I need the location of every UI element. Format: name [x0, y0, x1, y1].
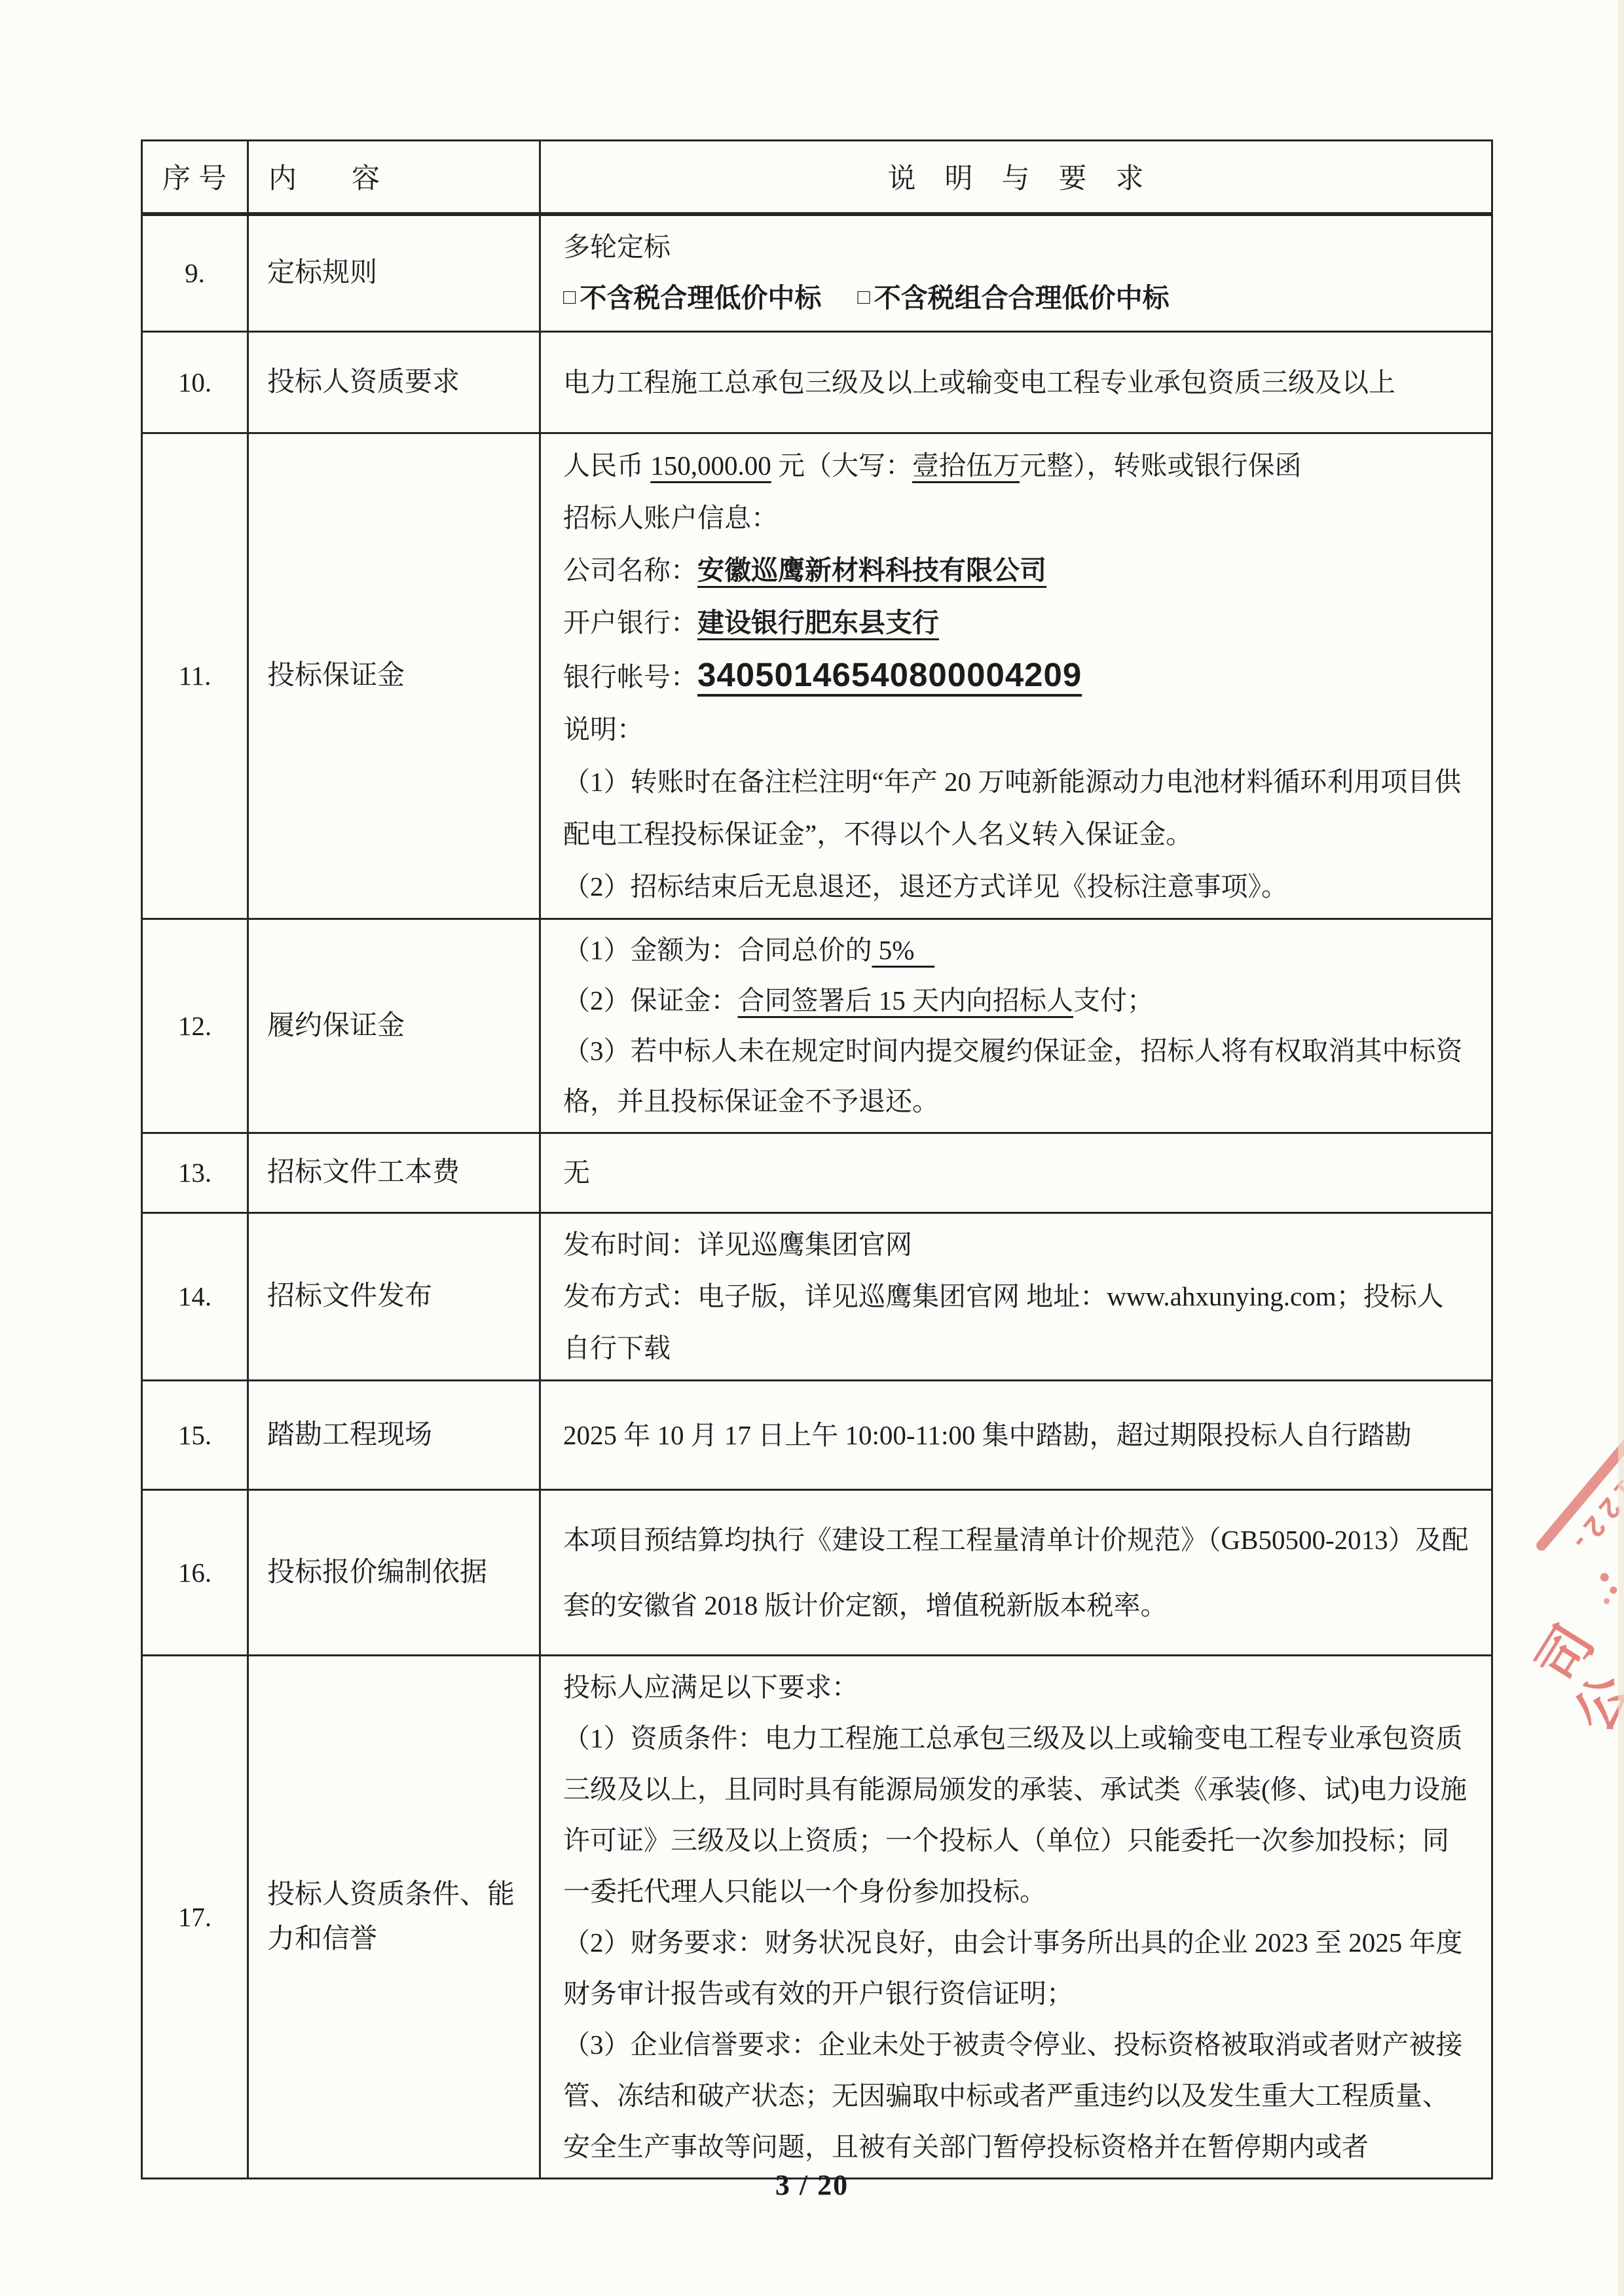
text-segment: 合同签署后 15 天内向	[738, 985, 993, 1015]
content-label-cell: 投标人资质要求	[248, 331, 540, 433]
table-row: 15.踏勘工程现场2025 年 10 月 17 日上午 10:00-11:00 …	[142, 1380, 1492, 1489]
text-segment: 无	[563, 1157, 590, 1188]
red-ink-speckle	[1598, 1570, 1620, 1607]
scan-paper-edge	[1618, 0, 1624, 2296]
table-row: 11.投标保证金人民币 150,000.00 元（大写：壹拾伍万元整），转账或银…	[142, 433, 1492, 919]
table-row: 10.投标人资质要求电力工程施工总承包三级及以上或输变电工程专业承包资质三级及以…	[142, 331, 1492, 433]
text-segment: 招标人账户信息：	[563, 503, 778, 533]
red-seal-character: 公	[1564, 1647, 1624, 1741]
text-line: 人民币 150,000.00 元（大写：壹拾伍万元整），转账或银行保函	[563, 439, 1469, 492]
header-content: 内容	[248, 141, 540, 214]
content-label-cell: 投标人资质条件、能力和信誉	[248, 1655, 540, 2178]
row-number-cell: 16.	[142, 1489, 248, 1655]
checkbox-icon: □	[563, 285, 576, 308]
content-label-cell: 招标文件发布	[248, 1212, 540, 1380]
row-number-cell: 11.	[142, 433, 248, 919]
description-cell: 发布时间：详见巡鹰集团官网发布方式：电子版，详见巡鹰集团官网 地址：www.ah…	[540, 1212, 1492, 1380]
content-label-cell: 投标保证金	[248, 433, 540, 919]
text-line: （3）若中标人未在规定时间内提交履约保证金，招标人将有权取消其中标资格，并且投标…	[563, 1026, 1469, 1127]
page-number: 3 / 20	[0, 2168, 1624, 2202]
text-segment: 公司名称：	[563, 555, 697, 585]
content-label-cell: 招标文件工本费	[248, 1133, 540, 1212]
description-cell: 无	[540, 1133, 1492, 1212]
text-line: （2）招标结束后无息退还，退还方式详见《投标注意事项》。	[563, 860, 1469, 913]
text-line: 发布时间：详见巡鹰集团官网	[563, 1219, 1469, 1271]
text-segment: （3）企业信誉要求：企业未处于被责令停业、投标资格被取消或者财产被接管、冻结和破…	[563, 2030, 1463, 2162]
text-segment: 元整），转账或银行保函	[1020, 450, 1302, 481]
text-line: 无	[563, 1146, 1469, 1199]
red-stamp-digits: 0122-	[1547, 1439, 1624, 1578]
text-segment: 支付；	[1073, 985, 1154, 1015]
text-line: 本项目预结算均执行《建设工程工程量清单计价规范》（GB50500-2013）及配…	[563, 1507, 1469, 1638]
content-label-cell: 投标报价编制依据	[248, 1489, 540, 1655]
text-line: （1）金额为：合同总价的 5%	[563, 925, 1469, 975]
table-row: 17.投标人资质条件、能力和信誉投标人应满足以下要求：（1）资质条件：电力工程施…	[142, 1655, 1492, 2178]
description-cell: 投标人应满足以下要求：（1）资质条件：电力工程施工总承包三级及以上或输变电工程专…	[540, 1655, 1492, 2178]
scanned-document-page: { "page": { "footer": "3 / 20", "backgro…	[0, 0, 1624, 2296]
text-line: （1）资质条件：电力工程施工总承包三级及以上或输变电工程专业承包资质三级及以上，…	[563, 1713, 1469, 1917]
table-row: 12.履约保证金（1）金额为：合同总价的 5% （2）保证金：合同签署后 15 …	[142, 919, 1492, 1133]
text-segment: （2）财务要求：财务状况良好，由会计事务所出具的企业 2023 至 2025 年…	[563, 1927, 1463, 2009]
text-segment: （1）转账时在备注栏注明“年产 20 万吨新能源动力电池材料循环利用项目供配电工…	[563, 767, 1461, 849]
description-cell: （1）金额为：合同总价的 5% （2）保证金：合同签署后 15 天内向招标人支付…	[540, 919, 1492, 1133]
table-row: 13.招标文件工本费无	[142, 1133, 1492, 1212]
text-segment: 发布时间：详见巡鹰集团官网	[563, 1230, 912, 1260]
text-line: 银行帐号：34050146540800004209	[563, 649, 1469, 703]
text-line: 招标人账户信息：	[563, 492, 1469, 544]
description-cell: 电力工程施工总承包三级及以上或输变电工程专业承包资质三级及以上	[540, 331, 1492, 433]
content-label-cell: 踏勘工程现场	[248, 1380, 540, 1489]
text-segment: 说明：	[563, 714, 644, 744]
red-seal-character: 司	[1526, 1616, 1606, 1693]
row-number-cell: 10.	[142, 331, 248, 433]
content-label-cell: 定标规则	[248, 214, 540, 332]
content-label-cell: 履约保证金	[248, 919, 540, 1133]
text-segment: （3）若中标人未在规定时间内提交履约保证金，招标人将有权取消其中标资格，并且投标…	[563, 1036, 1463, 1116]
text-segment: 多轮定标	[563, 232, 671, 262]
text-segment: 招标人	[993, 985, 1073, 1015]
text-segment: （1）资质条件：电力工程施工总承包三级及以上或输变电工程专业承包资质三级及以上，…	[563, 1723, 1467, 1906]
text-segment: 元（大写：	[771, 450, 912, 481]
red-seal-fragment: 司 公	[1528, 1616, 1624, 1723]
text-line: 多轮定标	[563, 221, 1469, 272]
text-line: 电力工程施工总承包三级及以上或输变电工程专业承包资质三级及以上	[563, 356, 1469, 409]
row-number-cell: 12.	[142, 919, 248, 1133]
table-row: 9.定标规则多轮定标□不含税合理低价中标□不含税组合合理低价中标	[142, 214, 1492, 332]
text-segment: 建设银行肥东县支行	[697, 608, 939, 638]
text-segment: 安徽巡鹰新材料科技有限公司	[697, 555, 1046, 585]
table-header: 序号 内容 说明与要求	[142, 141, 1492, 214]
text-line: 说明：	[563, 703, 1469, 756]
text-segment: 5%	[872, 935, 935, 965]
row-number-cell: 14.	[142, 1212, 248, 1380]
text-segment: （2）保证金：	[563, 985, 738, 1015]
text-segment: 150,000.00	[650, 450, 771, 481]
row-number-cell: 17.	[142, 1655, 248, 2178]
text-line: 投标人应满足以下要求：	[563, 1662, 1469, 1713]
header-description: 说明与要求	[540, 141, 1492, 214]
text-segment: 发布方式：电子版，详见巡鹰集团官网 地址：www.ahxunying.com；投…	[563, 1281, 1444, 1363]
text-segment: 开户银行：	[563, 608, 697, 638]
spec-table: 序号 内容 说明与要求 9.定标规则多轮定标□不含税合理低价中标□不含税组合合理…	[141, 139, 1493, 2179]
red-stamp-digits-fragment: 0122-	[1534, 1429, 1624, 1578]
text-line: （2）财务要求：财务状况良好，由会计事务所出具的企业 2023 至 2025 年…	[563, 1917, 1469, 2019]
text-segment: 人民币	[563, 450, 650, 481]
row-number-cell: 13.	[142, 1133, 248, 1212]
text-segment: 不含税合理低价中标	[580, 283, 821, 313]
red-stamp-arc-stroke	[1534, 1429, 1624, 1553]
text-segment: 34050146540800004209	[697, 656, 1082, 693]
header-serial-number: 序号	[142, 141, 248, 214]
text-line: （1）转账时在备注栏注明“年产 20 万吨新能源动力电池材料循环利用项目供配电工…	[563, 756, 1469, 860]
description-cell: 本项目预结算均执行《建设工程工程量清单计价规范》（GB50500-2013）及配…	[540, 1489, 1492, 1655]
table-row: 14.招标文件发布发布时间：详见巡鹰集团官网发布方式：电子版，详见巡鹰集团官网 …	[142, 1212, 1492, 1380]
text-segment: 银行帐号：	[563, 662, 697, 692]
text-segment: （1）金额为：合同总价的	[563, 935, 872, 965]
checkbox-icon: □	[857, 285, 870, 308]
header-row: 序号 内容 说明与要求	[142, 141, 1492, 214]
row-number-cell: 9.	[142, 214, 248, 332]
description-cell: 人民币 150,000.00 元（大写：壹拾伍万元整），转账或银行保函招标人账户…	[540, 433, 1492, 919]
table-body: 9.定标规则多轮定标□不含税合理低价中标□不含税组合合理低价中标10.投标人资质…	[142, 214, 1492, 2179]
description-cell: 多轮定标□不含税合理低价中标□不含税组合合理低价中标	[540, 214, 1492, 332]
text-segment: 不含税组合合理低价中标	[874, 283, 1170, 313]
description-cell: 2025 年 10 月 17 日上午 10:00-11:00 集中踏勘，超过期限…	[540, 1380, 1492, 1489]
text-line: □不含税合理低价中标□不含税组合合理低价中标	[563, 272, 1469, 325]
text-line: 发布方式：电子版，详见巡鹰集团官网 地址：www.ahxunying.com；投…	[563, 1271, 1469, 1374]
text-line: （2）保证金：合同签署后 15 天内向招标人支付；	[563, 975, 1469, 1026]
text-line: （3）企业信誉要求：企业未处于被责令停业、投标资格被取消或者财产被接管、冻结和破…	[563, 2019, 1469, 2172]
text-line: 2025 年 10 月 17 日上午 10:00-11:00 集中踏勘，超过期限…	[563, 1409, 1469, 1461]
text-line: 公司名称：安徽巡鹰新材料科技有限公司	[563, 544, 1469, 596]
text-segment: 电力工程施工总承包三级及以上或输变电工程专业承包资质三级及以上	[563, 367, 1395, 397]
text-line: 开户银行：建设银行肥东县支行	[563, 596, 1469, 649]
text-segment: 投标人应满足以下要求：	[563, 1672, 858, 1702]
row-number-cell: 15.	[142, 1380, 248, 1489]
text-segment: 壹拾伍万	[912, 450, 1020, 481]
table-row: 16.投标报价编制依据本项目预结算均执行《建设工程工程量清单计价规范》（GB50…	[142, 1489, 1492, 1655]
text-segment: （2）招标结束后无息退还，退还方式详见《投标注意事项》。	[563, 871, 1288, 902]
text-segment: 本项目预结算均执行《建设工程工程量清单计价规范》（GB50500-2013）及配…	[563, 1525, 1469, 1620]
text-segment: 2025 年 10 月 17 日上午 10:00-11:00 集中踏勘，超过期限…	[563, 1420, 1412, 1450]
